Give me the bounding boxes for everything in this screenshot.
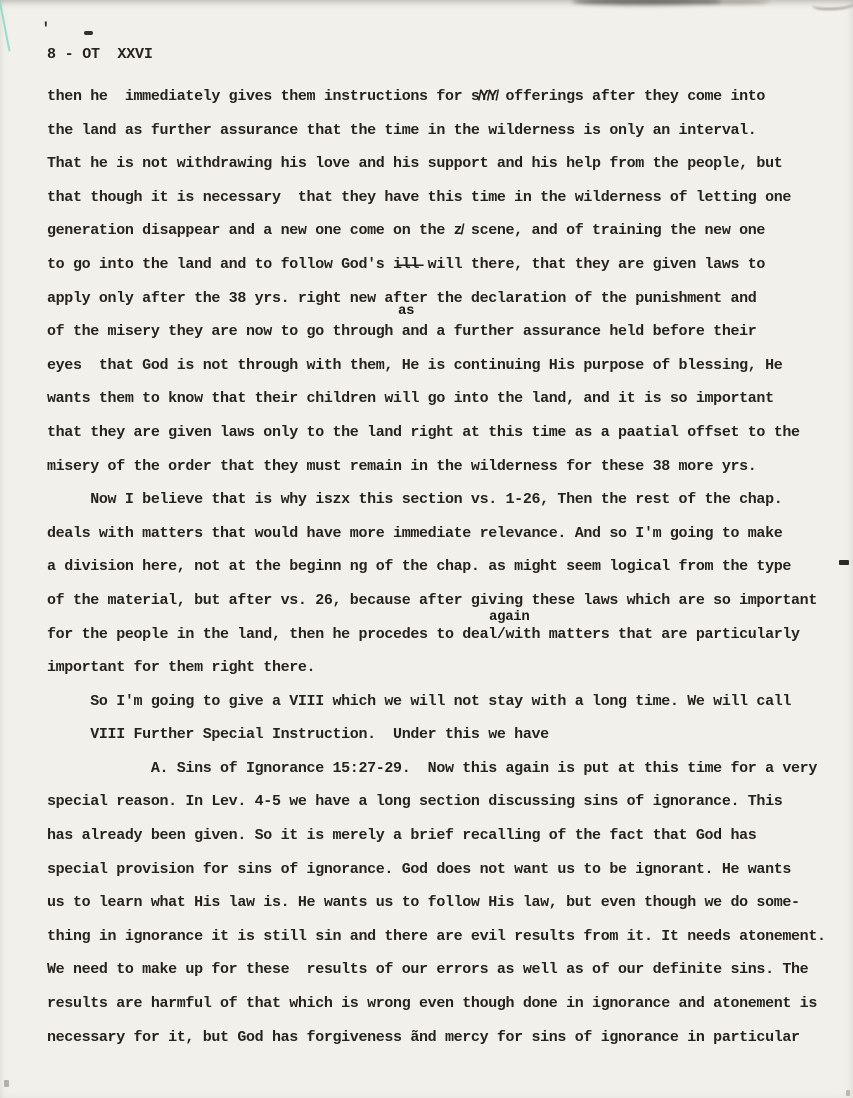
text-line: misery of the order that they must remai… bbox=[47, 450, 826, 484]
text-line: for the people in the land, then he proc… bbox=[47, 618, 826, 652]
text-line: generation disappear and a new one come … bbox=[47, 214, 826, 248]
inserted-word-as: as bbox=[398, 303, 414, 319]
text-line: We need to make up for these results of … bbox=[47, 953, 826, 987]
inserted-word-again: again bbox=[489, 609, 530, 625]
text-line: us to learn what His law is. He wants us… bbox=[47, 886, 826, 920]
text-line: So I'm going to give a VIII which we wil… bbox=[47, 685, 826, 719]
paper-speck bbox=[4, 1080, 9, 1087]
text-line: results are harmful of that which is wro… bbox=[47, 987, 826, 1021]
text-line: a division here, not at the beginn ng of… bbox=[47, 550, 826, 584]
text-line: wants them to know that their children w… bbox=[47, 382, 826, 416]
scan-corner-artifact bbox=[812, 0, 853, 10]
text-line: necessary for it, but God has forgivenes… bbox=[47, 1021, 826, 1055]
page-header: 8 - OT XXVI bbox=[47, 46, 153, 63]
text-line: special provision for sins of ignorance.… bbox=[47, 853, 826, 887]
scanned-typescript-page: ' 8 - OT XXVI then he immediately gives … bbox=[0, 0, 853, 1098]
text-line: That he is not withdrawing his love and … bbox=[47, 147, 826, 181]
text-line: Now I believe that is why iszx this sect… bbox=[47, 483, 826, 517]
stray-apostrophe-mark: ' bbox=[41, 20, 51, 38]
right-margin-pencil-mark bbox=[839, 560, 849, 565]
body-text: then he immediately gives them instructi… bbox=[47, 80, 826, 1054]
text-line: eyes that God is not through with them, … bbox=[47, 349, 826, 383]
text-line: VIII Further Special Instruction. Under … bbox=[47, 718, 826, 752]
paper-speck bbox=[846, 1090, 850, 1096]
text-line: has already been given. So it is merely … bbox=[47, 819, 826, 853]
scan-smudge-artifact bbox=[700, 0, 770, 4]
text-line: deals with matters that would have more … bbox=[47, 517, 826, 551]
text-line: thing in ignorance it is still sin and t… bbox=[47, 920, 826, 954]
text-line: of the material, but after vs. 26, becau… bbox=[47, 584, 826, 618]
cyan-corner-line-artifact bbox=[0, 0, 11, 52]
text-line: that they are given laws only to the lan… bbox=[47, 416, 826, 450]
text-line: apply only after the 38 yrs. right new a… bbox=[47, 282, 826, 316]
text-line: of the misery they are now to go through… bbox=[47, 315, 826, 349]
stray-dash-mark bbox=[84, 31, 93, 35]
text-line: then he immediately gives them instructi… bbox=[47, 80, 826, 114]
text-line: the land as further assurance that the t… bbox=[47, 114, 826, 148]
text-line: important for them right there. bbox=[47, 651, 826, 685]
text-line: to go into the land and to follow God's … bbox=[47, 248, 826, 282]
text-line: A. Sins of Ignorance 15:27-29. Now this … bbox=[47, 752, 826, 786]
text-line: special reason. In Lev. 4-5 we have a lo… bbox=[47, 785, 826, 819]
text-line: that though it is necessary that they ha… bbox=[47, 181, 826, 215]
